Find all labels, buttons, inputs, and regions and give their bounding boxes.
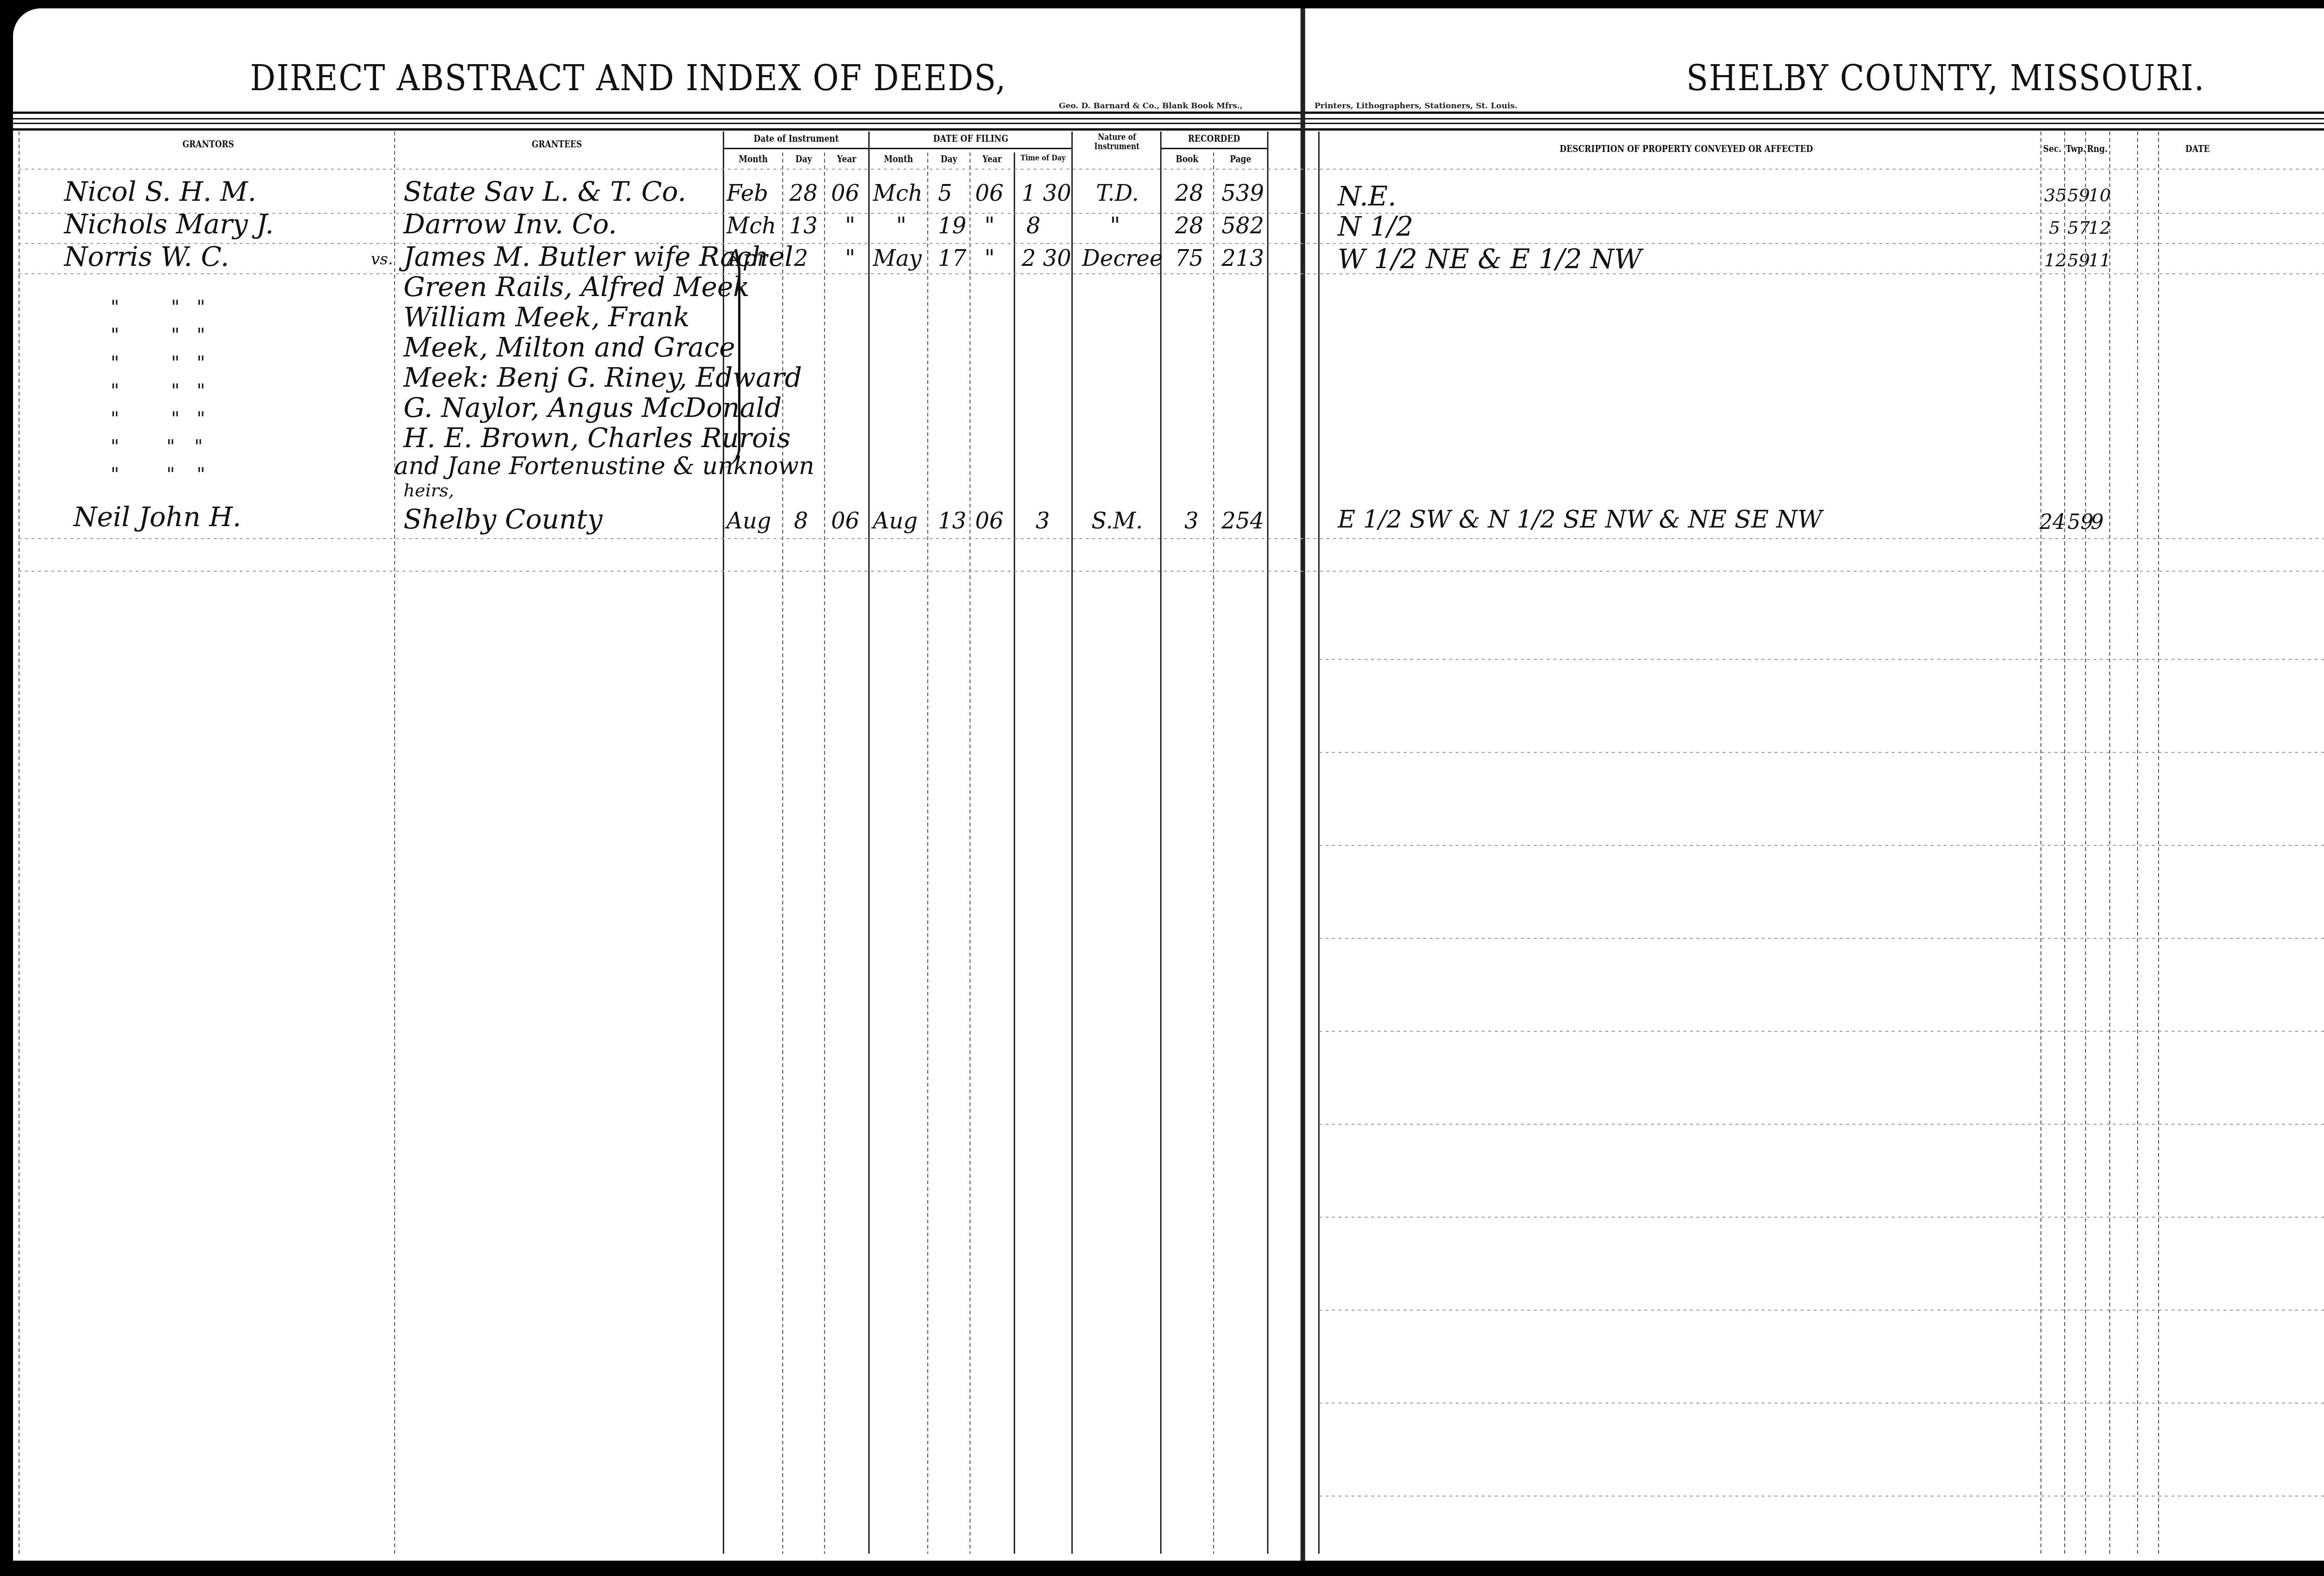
file-year-cell: " <box>984 245 995 271</box>
page-title-right: SHELBY COUNTY, MISSOURI. <box>1686 57 2205 99</box>
header-rule <box>13 128 2324 131</box>
ditto-mark: " <box>171 352 179 374</box>
imprint-left: Geo. D. Barnard & Co., Blank Book Mfrs., <box>1059 101 1242 111</box>
row-rule <box>1319 1031 2324 1032</box>
ditto-mark: " <box>111 380 119 402</box>
file-month-cell: Mch <box>873 180 923 206</box>
column-divider <box>2040 132 2041 1554</box>
page-cell: 213 <box>1221 245 1264 271</box>
page-cell: 539 <box>1221 180 1264 206</box>
subheader-rule <box>870 148 1072 149</box>
column-divider <box>1318 132 1320 1554</box>
header-inst-day: Day <box>786 153 821 165</box>
versus-label: vs. <box>371 250 393 269</box>
header-time-of-day: Time of Day <box>1019 153 1067 163</box>
grantee-line: Meek, Milton and Grace <box>403 331 735 363</box>
ditto-mark: " <box>171 324 179 346</box>
row-rule <box>1319 1124 2324 1125</box>
twp-cell: 57 <box>2067 218 2090 238</box>
header-date: DATE <box>2174 143 2221 154</box>
grantee-brace <box>720 250 740 468</box>
grantor-cell: Nicol S. H. M. <box>64 176 257 207</box>
header-inst-year: Year <box>828 153 865 165</box>
header-to-whom-sent: TO WHOM SENT <box>2314 143 2324 154</box>
row-rule <box>1319 659 2324 660</box>
ditto-mark: " <box>111 464 119 485</box>
column-divider <box>19 132 20 1554</box>
ditto-mark: " <box>197 464 205 485</box>
book-cell: 28 <box>1175 180 1203 206</box>
grantee-cell: State Sav L. & T. Co. <box>403 176 686 207</box>
ditto-mark: " <box>197 352 205 374</box>
nature-cell: " <box>1110 213 1120 239</box>
grantor-cell: Norris W. C. <box>64 241 229 272</box>
row-rule <box>1319 938 2324 939</box>
column-divider <box>2109 132 2110 1554</box>
inst-day-cell: 8 <box>794 508 808 534</box>
description-cell: W 1/2 NE & E 1/2 NW <box>1338 243 1642 275</box>
page-title-left: DIRECT ABSTRACT AND INDEX OF DEEDS, <box>250 57 1007 99</box>
header-date-of-instrument: Date of Instrument <box>735 133 858 144</box>
twp-cell: 59 <box>2067 185 2090 205</box>
row-rule <box>19 273 2324 274</box>
row-rule <box>19 213 2324 214</box>
imprint-right: Printers, Lithographers, Stationers, St.… <box>1314 101 1518 111</box>
sec-cell: 12 <box>2044 250 2067 270</box>
file-year-cell: 06 <box>975 508 1004 534</box>
file-day-cell: 17 <box>938 245 966 271</box>
header-file-day: Day <box>931 153 967 165</box>
row-rule <box>1319 1217 2324 1218</box>
grantee-line: Green Rails, Alfred Meek <box>403 271 750 303</box>
ditto-mark: " <box>111 408 119 429</box>
header-rng: Rng. <box>2087 143 2107 154</box>
header-page: Page <box>1218 153 1263 165</box>
inst-year-cell: 06 <box>831 180 859 206</box>
header-rule <box>13 112 2324 114</box>
file-year-cell: 06 <box>975 180 1004 206</box>
column-divider <box>1071 132 1073 1554</box>
ditto-mark: " <box>171 408 179 429</box>
twp-cell: 59 <box>2067 510 2093 534</box>
file-month-cell: May <box>873 245 922 271</box>
file-day-cell: 5 <box>938 180 952 206</box>
row-rule <box>19 571 2324 572</box>
time-cell: 1 30 <box>1022 180 1071 206</box>
grantee-line: heirs, <box>403 480 454 501</box>
time-cell: 3 <box>1036 508 1050 534</box>
column-divider <box>1014 152 1015 1554</box>
inst-day-cell: 13 <box>789 213 818 239</box>
ditto-mark: " <box>166 464 175 485</box>
ditto-mark: " <box>166 436 175 457</box>
column-divider <box>1267 132 1268 1554</box>
ditto-mark: " <box>111 297 119 318</box>
time-cell: 2 30 <box>1022 245 1071 271</box>
twp-cell: 59 <box>2067 250 2090 270</box>
rng-cell: 12 <box>2088 218 2111 238</box>
sec-cell: 24 <box>2040 510 2066 534</box>
ditto-mark: " <box>111 352 119 374</box>
inst-year-cell: " <box>845 213 855 239</box>
column-divider <box>1213 152 1214 1554</box>
ditto-mark: " <box>111 436 119 457</box>
subheader-rule <box>1161 148 1267 149</box>
column-divider <box>970 152 971 1554</box>
column-divider <box>2064 132 2065 1554</box>
sec-cell: 35 <box>2044 185 2067 205</box>
ditto-mark: " <box>171 380 179 402</box>
column-divider <box>927 152 928 1554</box>
book-cell: 75 <box>1175 245 1203 271</box>
page-cell: 254 <box>1221 508 1264 534</box>
header-twp: Twp. <box>2066 143 2083 154</box>
file-day-cell: 19 <box>938 213 966 239</box>
header-file-month: Month <box>874 153 923 165</box>
row-rule <box>1319 1310 2324 1311</box>
inst-month-cell: Mch <box>726 213 776 239</box>
file-month-cell: Aug <box>873 508 918 534</box>
book-cell: 3 <box>1184 508 1199 534</box>
file-month-cell: " <box>896 213 906 239</box>
book-spine <box>1301 8 1305 1561</box>
grantee-line: Meek: Benj G. Riney, Edward <box>403 362 802 393</box>
sec-cell: 5 <box>2049 218 2060 238</box>
header-book: Book <box>1165 153 1209 165</box>
header-date-of-filing: DATE OF FILING <box>885 133 1057 144</box>
nature-cell: Decree <box>1082 245 1163 271</box>
ditto-mark: " <box>197 297 205 318</box>
ledger-sheet: DIRECT ABSTRACT AND INDEX OF DEEDS, SHEL… <box>13 8 2324 1561</box>
column-divider <box>824 152 825 1554</box>
time-cell: 8 <box>1026 213 1041 239</box>
subheader-rule <box>724 148 868 149</box>
header-grantees: GRANTEES <box>525 138 588 150</box>
page-cell: 582 <box>1221 213 1264 239</box>
ditto-mark: " <box>197 324 205 346</box>
description-cell: N.E. <box>1338 180 1396 212</box>
row-rule <box>1319 845 2324 846</box>
row-rule <box>1319 1403 2324 1404</box>
ditto-mark: " <box>111 324 119 346</box>
ditto-mark: " <box>197 408 205 429</box>
inst-day-cell: 2 <box>794 245 808 271</box>
row-rule <box>1319 1496 2324 1497</box>
grantee-cell: Shelby County <box>403 503 602 535</box>
column-divider <box>2158 132 2159 1554</box>
header-inst-month: Month <box>728 153 778 165</box>
row-rule <box>19 538 2324 539</box>
header-file-year: Year <box>974 153 1010 165</box>
file-day-cell: 13 <box>938 508 966 534</box>
ditto-mark: " <box>194 436 203 457</box>
row-rule <box>1319 752 2324 753</box>
book-cell: 28 <box>1175 213 1203 239</box>
inst-day-cell: 28 <box>789 180 818 206</box>
ditto-mark: " <box>171 297 179 318</box>
inst-month-cell: Apr <box>726 245 767 271</box>
grantor-cell: Neil John H. <box>73 501 241 533</box>
header-nature-of-instrument: Nature of Instrument <box>1083 133 1151 152</box>
header-rule <box>13 123 2324 124</box>
header-rule <box>13 118 2324 119</box>
row-rule <box>19 169 2324 170</box>
inst-month-cell: Feb <box>726 180 768 206</box>
nature-cell: T.D. <box>1096 180 1139 206</box>
column-divider <box>2085 132 2086 1554</box>
column-divider <box>868 132 870 1554</box>
grantee-line: and Jane Fortenustine & unknown <box>394 452 814 480</box>
nature-cell: S.M. <box>1091 508 1143 534</box>
column-divider <box>2137 132 2138 1554</box>
header-grantors: GRANTORS <box>177 138 240 150</box>
row-rule <box>19 243 2324 244</box>
grantee-line: William Meek, Frank <box>403 301 690 333</box>
description-cell: E 1/2 SW & N 1/2 SE NW & NE SE NW <box>1338 506 1822 534</box>
column-divider <box>394 132 395 1554</box>
rng-cell: 10 <box>2088 185 2111 205</box>
rng-cell: 11 <box>2088 250 2111 270</box>
column-divider <box>1160 132 1162 1554</box>
header-recorded: RECORDED <box>1169 133 1259 144</box>
header-sec: Sec. <box>2042 143 2062 154</box>
inst-year-cell: " <box>845 245 855 271</box>
rng-cell: 9 <box>2091 510 2104 534</box>
header-description: DESCRIPTION OF PROPERTY CONVEYED OR AFFE… <box>1509 143 1864 154</box>
inst-year-cell: 06 <box>831 508 859 534</box>
inst-month-cell: Aug <box>726 508 771 534</box>
ditto-mark: " <box>197 380 205 402</box>
description-cell: N 1/2 <box>1338 211 1413 242</box>
file-year-cell: " <box>984 213 995 239</box>
